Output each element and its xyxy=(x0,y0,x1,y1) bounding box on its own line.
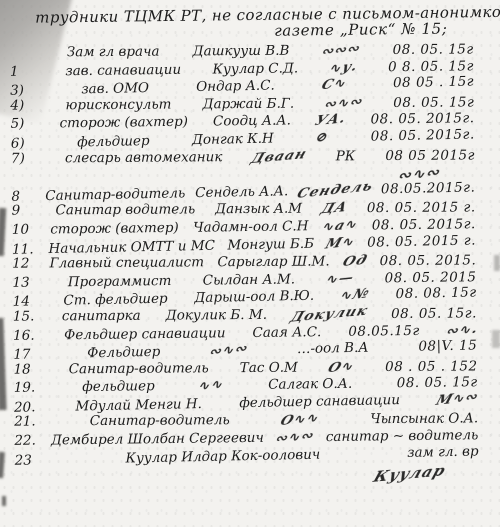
row-name: Соодц А.А. xyxy=(213,113,291,132)
row-number: 7) xyxy=(11,150,35,168)
signature-scribble: Куулар xyxy=(371,459,483,486)
row-date: 08|V. 15 xyxy=(418,338,477,357)
handwritten-content: трудники ТЦМК РТ, не согласные с письмом… xyxy=(0,0,500,486)
row-name: Дашкууш В.В xyxy=(193,43,290,61)
row-number: 22. xyxy=(14,433,38,451)
row-number: 1 xyxy=(10,63,34,81)
signature-row: Куулар xyxy=(15,464,493,485)
row-pos: слесарь автомеханик xyxy=(65,149,222,168)
signature-row: 4)юрисконсультДаржай Б.Г.∾∿∾08. 05. 15г xyxy=(10,94,488,115)
row-number: 19. xyxy=(14,380,38,398)
row-name: Данзык А.М xyxy=(215,201,302,219)
row-name: …-оол В.А xyxy=(297,340,369,359)
row-name: Дембирел Шолбан Сергеевич xyxy=(51,430,264,450)
row-name: Сылдан А.М. xyxy=(203,271,296,290)
signature-scribble: М∿∾ xyxy=(434,389,482,411)
row-name: Сарыглар Ш.М. xyxy=(217,254,329,272)
row-date: 08. 05. 2015 г. xyxy=(367,200,476,218)
row-pos: юрисконсульт xyxy=(65,96,171,114)
signature-row: 12Главный специалистСарыглар Ш.М.Од08. 0… xyxy=(12,252,490,273)
row-number: 18 xyxy=(13,361,37,379)
row-number: 16. xyxy=(13,327,37,345)
row-name: РК xyxy=(336,148,356,166)
row-date: 08. 05. 15г xyxy=(393,94,474,112)
row-date: 08 05 . 15г xyxy=(393,74,474,93)
row-name: Дарыш-оол В.Ю. xyxy=(194,288,314,308)
row-date: 08 . 05 . 152 xyxy=(385,358,477,376)
row-number: 5) xyxy=(10,116,34,134)
scan-artifact-left-edge xyxy=(2,496,6,506)
row-pos: Программист xyxy=(68,273,172,292)
row-pos: сторож (вахтер) xyxy=(59,114,188,133)
signature-scribble: ∿∿ xyxy=(196,377,228,397)
signature-scribble: ∾∿∾ xyxy=(207,341,251,363)
signature-scribble: Дваан xyxy=(248,146,309,169)
signature-scribble: С∿ xyxy=(319,75,350,95)
signature-scribble: ∾∿∾ xyxy=(273,428,317,449)
signature-row: 15.санитаркаДокулик Б. М.Докулик08. 05. … xyxy=(13,305,491,326)
signature-list: Зам гл врачаДашкууш В.В∾∾∾08. 05. 15г1за… xyxy=(10,40,493,486)
row-pos: сторож (вахтер) xyxy=(50,220,179,239)
row-name: Чадамн-оол С.Н xyxy=(193,218,308,237)
row-name: Куулар С.Д. xyxy=(212,60,298,79)
signature-scribble: О∿ xyxy=(325,358,357,378)
row-pos: Фельдшер санавиации xyxy=(64,325,226,345)
row-name: Докулик Б. М. xyxy=(166,307,267,325)
row-name: Сендель А.А. xyxy=(195,183,288,202)
signature-scribble: Докулик xyxy=(288,303,371,328)
row-name: Чыпсынак О.А. xyxy=(370,411,478,429)
row-pos: Санитар-водитель xyxy=(69,360,209,379)
row-date: 08.05.2015г. xyxy=(381,179,476,198)
row-pos: Санитар-водитель xyxy=(90,413,230,432)
row-name: Тас О.М xyxy=(240,359,298,377)
row-date: 08. 05. 2015. xyxy=(380,253,477,271)
row-date: 08. 08. 15г xyxy=(395,285,476,304)
row-pos: санитарка xyxy=(62,308,141,326)
row-number: 10 xyxy=(12,222,36,240)
signature-scribble: ДА xyxy=(318,200,350,220)
signature-scribble: ⊘ xyxy=(313,129,332,148)
row-name: Донгак К.Н xyxy=(192,130,274,149)
row-pos: зав. санавиации xyxy=(65,61,181,80)
row-number: 21. xyxy=(14,414,38,432)
row-name: Монгуш Б.Б xyxy=(227,235,314,254)
row-number: 13 xyxy=(12,274,36,292)
row-name: Ондар А.С. xyxy=(196,78,275,97)
row-pos: Санитар водитель xyxy=(55,202,195,221)
row-date: 08. 05. 15г. xyxy=(391,305,477,323)
row-number: 9 xyxy=(12,203,36,221)
row-name: Даржай Б.Г. xyxy=(203,95,295,113)
row-date: 08. 05. 15г xyxy=(393,41,474,59)
signature-row: Зам гл врачаДашкууш В.В∾∾∾08. 05. 15г xyxy=(10,41,488,62)
signature-scribble: М∿ xyxy=(323,233,358,254)
row-date: 08. 05. 2015г. xyxy=(371,126,475,146)
row-pos: Главный специалист xyxy=(50,254,204,273)
row-date: 08. 05. 2015 г. xyxy=(367,232,476,252)
row-pos: фельдшер xyxy=(82,378,155,396)
row-pos: Зам гл врача xyxy=(67,44,160,62)
row-number: 4) xyxy=(10,97,34,115)
signature-row: 18Санитар-водительТас О.МО∿08 . 05 . 152 xyxy=(13,358,491,379)
scanned-signature-page: трудники ТЦМК РТ, не согласные с письмом… xyxy=(0,0,500,527)
row-number: 12 xyxy=(12,256,36,274)
row-number: 15. xyxy=(13,308,37,326)
row-name: Салгак О.А. xyxy=(268,376,352,395)
